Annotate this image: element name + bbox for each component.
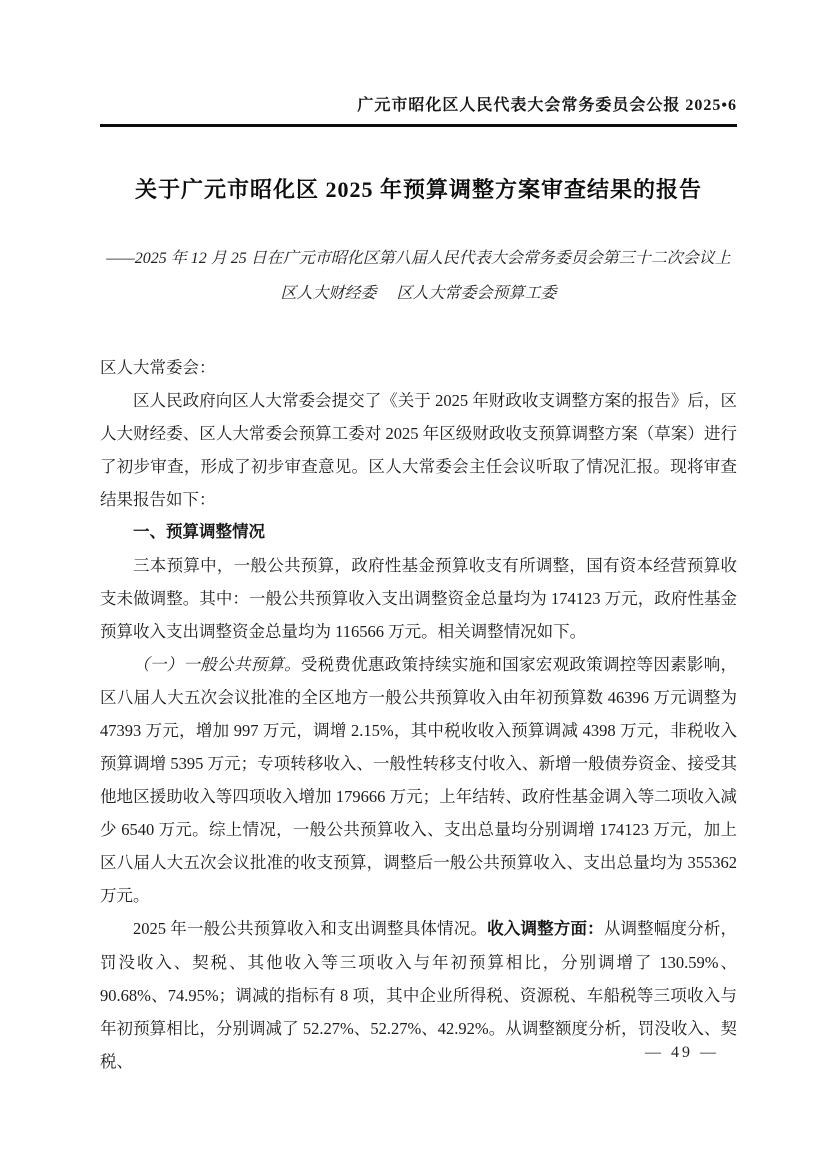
- subtitle-block: ——2025 年 12 月 25 日在广元市昭化区第八届人民代表大会常务委员会第…: [100, 241, 737, 311]
- paragraph-introduction: 区人民政府向区人大常委会提交了《关于 2025 年财政收支调整方案的报告》后，区…: [100, 384, 737, 516]
- paragraph-income-adjustment-text: 从调整幅度分析，罚没收入、契税、其他收入等三项收入与年初预算相比，分别调增了 1…: [100, 919, 737, 1071]
- paragraph-income-adjustment: 2025 年一般公共预算收入和支出调整具体情况。收入调整方面：从调整幅度分析，罚…: [100, 912, 737, 1078]
- income-adjustment-label: 收入调整方面：: [487, 920, 604, 938]
- paragraph-general-public-budget-lead: （一）一般公共预算。: [133, 655, 301, 674]
- paragraph-income-adjustment-lead: 2025 年一般公共预算收入和支出调整具体情况。: [133, 919, 487, 938]
- masthead-text: 广元市昭化区人民代表大会常务委员会公报 2025•6: [100, 96, 737, 115]
- paragraph-general-public-budget: （一）一般公共预算。受税费优惠政策持续实施和国家宏观政策调控等因素影响，区八届人…: [100, 648, 737, 912]
- header-rule: [100, 124, 737, 127]
- paragraph-adjustment-overview: 三本预算中，一般公共预算，政府性基金预算收支有所调整，国有资本经营预算收支未做调…: [100, 549, 737, 648]
- section-heading-budget-adjustment: 一、预算调整情况: [100, 516, 737, 549]
- salutation: 区人大常委会：: [100, 351, 737, 384]
- page-number: — 49 —: [645, 1044, 719, 1062]
- document-body: 区人大常委会： 区人民政府向区人大常委会提交了《关于 2025 年财政收支调整方…: [100, 351, 737, 1078]
- document-page: 广元市昭化区人民代表大会常务委员会公报 2025•6 关于广元市昭化区 2025…: [0, 0, 827, 1170]
- subtitle-author-line: 区人大财经委 区人大常委会预算工委: [100, 276, 737, 311]
- page-content: 广元市昭化区人民代表大会常务委员会公报 2025•6 关于广元市昭化区 2025…: [100, 0, 737, 1078]
- document-title: 关于广元市昭化区 2025 年预算调整方案审查结果的报告: [100, 175, 737, 205]
- subtitle-meeting-line: ——2025 年 12 月 25 日在广元市昭化区第八届人民代表大会常务委员会第…: [100, 241, 737, 276]
- paragraph-general-public-budget-text: 受税费优惠政策持续实施和国家宏观政策调控等因素影响，区八届人大五次会议批准的全区…: [100, 655, 737, 905]
